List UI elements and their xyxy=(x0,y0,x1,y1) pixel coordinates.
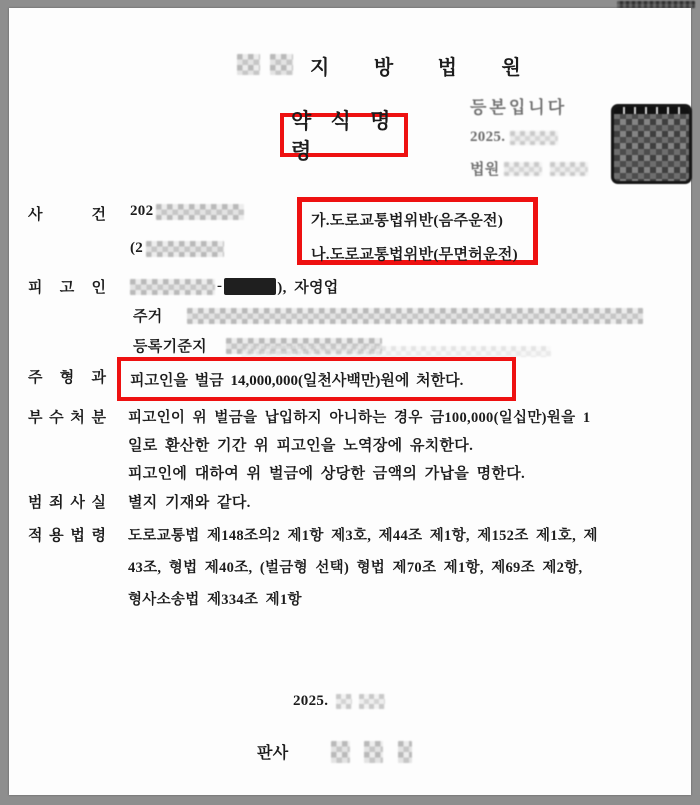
certified-copy-label: 등본입니다 xyxy=(470,93,567,118)
certified-date-prefix: 2025. xyxy=(470,129,505,146)
registered-base-label: 등록기준지 xyxy=(133,335,207,356)
redacted-judge-name-2 xyxy=(364,741,383,763)
redacted-court-name-char1 xyxy=(237,54,260,75)
redacted-issuer-name-2 xyxy=(550,162,588,176)
sentence-text: 피고인을 벌금 14,000,000(일천사백만)원에 처한다. xyxy=(130,369,463,390)
redacted-judge-name-1 xyxy=(331,741,350,763)
case-number2-prefix: (2 xyxy=(130,240,143,257)
case-number-line1: 202 xyxy=(130,203,244,220)
certified-copy-date: 2025. xyxy=(470,129,558,146)
laws-line-1: 도로교통법 제148조의2 제1항 제3호, 제44조 제1항, 제152조 제… xyxy=(128,524,598,545)
redacted-decision-day xyxy=(359,694,385,709)
document-page: 지 방 법 원 등본입니다 2025. 법원 약 식 명 령 사 건 202 (… xyxy=(9,8,691,795)
offenses-highlight-box: 가.도로교통법위반(음주운전) 나.도로교통법위반(무면허운전) xyxy=(297,197,538,265)
redacted-issuer-name-1 xyxy=(504,162,542,176)
redacted-case-number xyxy=(156,204,244,220)
laws-line-3: 형사소송법 제334조 제1항 xyxy=(128,588,302,609)
criminal-facts-label: 범 죄 사 실 xyxy=(28,491,106,512)
case-number-prefix: 202 xyxy=(130,203,153,220)
verification-stamp-qr xyxy=(611,104,692,184)
hyphen: - xyxy=(217,278,222,295)
stamp-top-bar xyxy=(614,107,689,114)
redacted-residence-address xyxy=(187,308,643,324)
court-title: 지 방 법 원 xyxy=(310,51,539,80)
residence-label: 주거 xyxy=(133,305,163,326)
bleed-through-artifact xyxy=(241,346,551,357)
redacted-decision-month xyxy=(336,694,352,709)
decision-date-line: 2025. xyxy=(293,693,385,710)
offense-line-1: 가.도로교통법위반(음주운전) xyxy=(311,209,503,230)
offense-line-2: 나.도로교통법위반(무면허운전) xyxy=(311,243,518,264)
defendant-identity-line: - ), 자영업 xyxy=(130,276,339,297)
sentence-highlight-box: 피고인을 벌금 14,000,000(일천사백만)원에 처한다. xyxy=(117,357,516,401)
ancillary-line-3: 피고인에 대하여 위 벌금에 상당한 금액의 가납을 명한다. xyxy=(128,462,525,483)
order-title: 약 식 명 령 xyxy=(291,105,404,165)
applicable-laws-label: 적 용 법 령 xyxy=(28,524,106,545)
redacted-certified-date xyxy=(510,131,558,145)
criminal-facts-text: 별지 기재와 같다. xyxy=(128,491,251,512)
certified-issuer-prefix: 법원 xyxy=(470,158,500,179)
order-title-highlight-box: 약 식 명 령 xyxy=(280,113,408,157)
redacted-corner-note xyxy=(617,1,695,8)
redacted-judge-name-3 xyxy=(398,741,412,763)
ancillary-line-1: 피고인이 위 벌금을 납입하지 아니하는 경우 금100,000(일십만)원을 … xyxy=(128,406,590,427)
residence-line: 주거 xyxy=(133,305,643,326)
certified-copy-issuer: 법원 xyxy=(470,158,588,179)
defendant-label: 피 고 인 xyxy=(28,276,106,297)
ancillary-label: 부 수 처 분 xyxy=(28,406,106,427)
redacted-court-name-char2 xyxy=(270,54,293,75)
judge-label: 판사 xyxy=(257,740,289,763)
case-number-line2: (2 xyxy=(130,240,224,257)
redacted-id-black-bar xyxy=(224,278,276,295)
laws-line-2: 43조, 형법 제40조, (벌금형 선택) 형법 제70조 제1항, 제69조… xyxy=(128,556,582,577)
redacted-case-number-2 xyxy=(146,241,224,257)
decision-date-prefix: 2025. xyxy=(293,693,328,710)
ancillary-line-2: 일로 환산한 기간 위 피고인을 노역장에 유치한다. xyxy=(128,434,473,455)
redacted-defendant-name-id xyxy=(130,279,215,295)
screenshot-root: { "header": { "court_title_suffix": "지 방… xyxy=(0,0,700,805)
defendant-occupation: ), 자영업 xyxy=(277,276,338,297)
main-punishment-label: 주 형 과 xyxy=(28,366,106,387)
case-label: 사 건 xyxy=(28,203,106,224)
judge-line: 판사 xyxy=(257,740,412,763)
